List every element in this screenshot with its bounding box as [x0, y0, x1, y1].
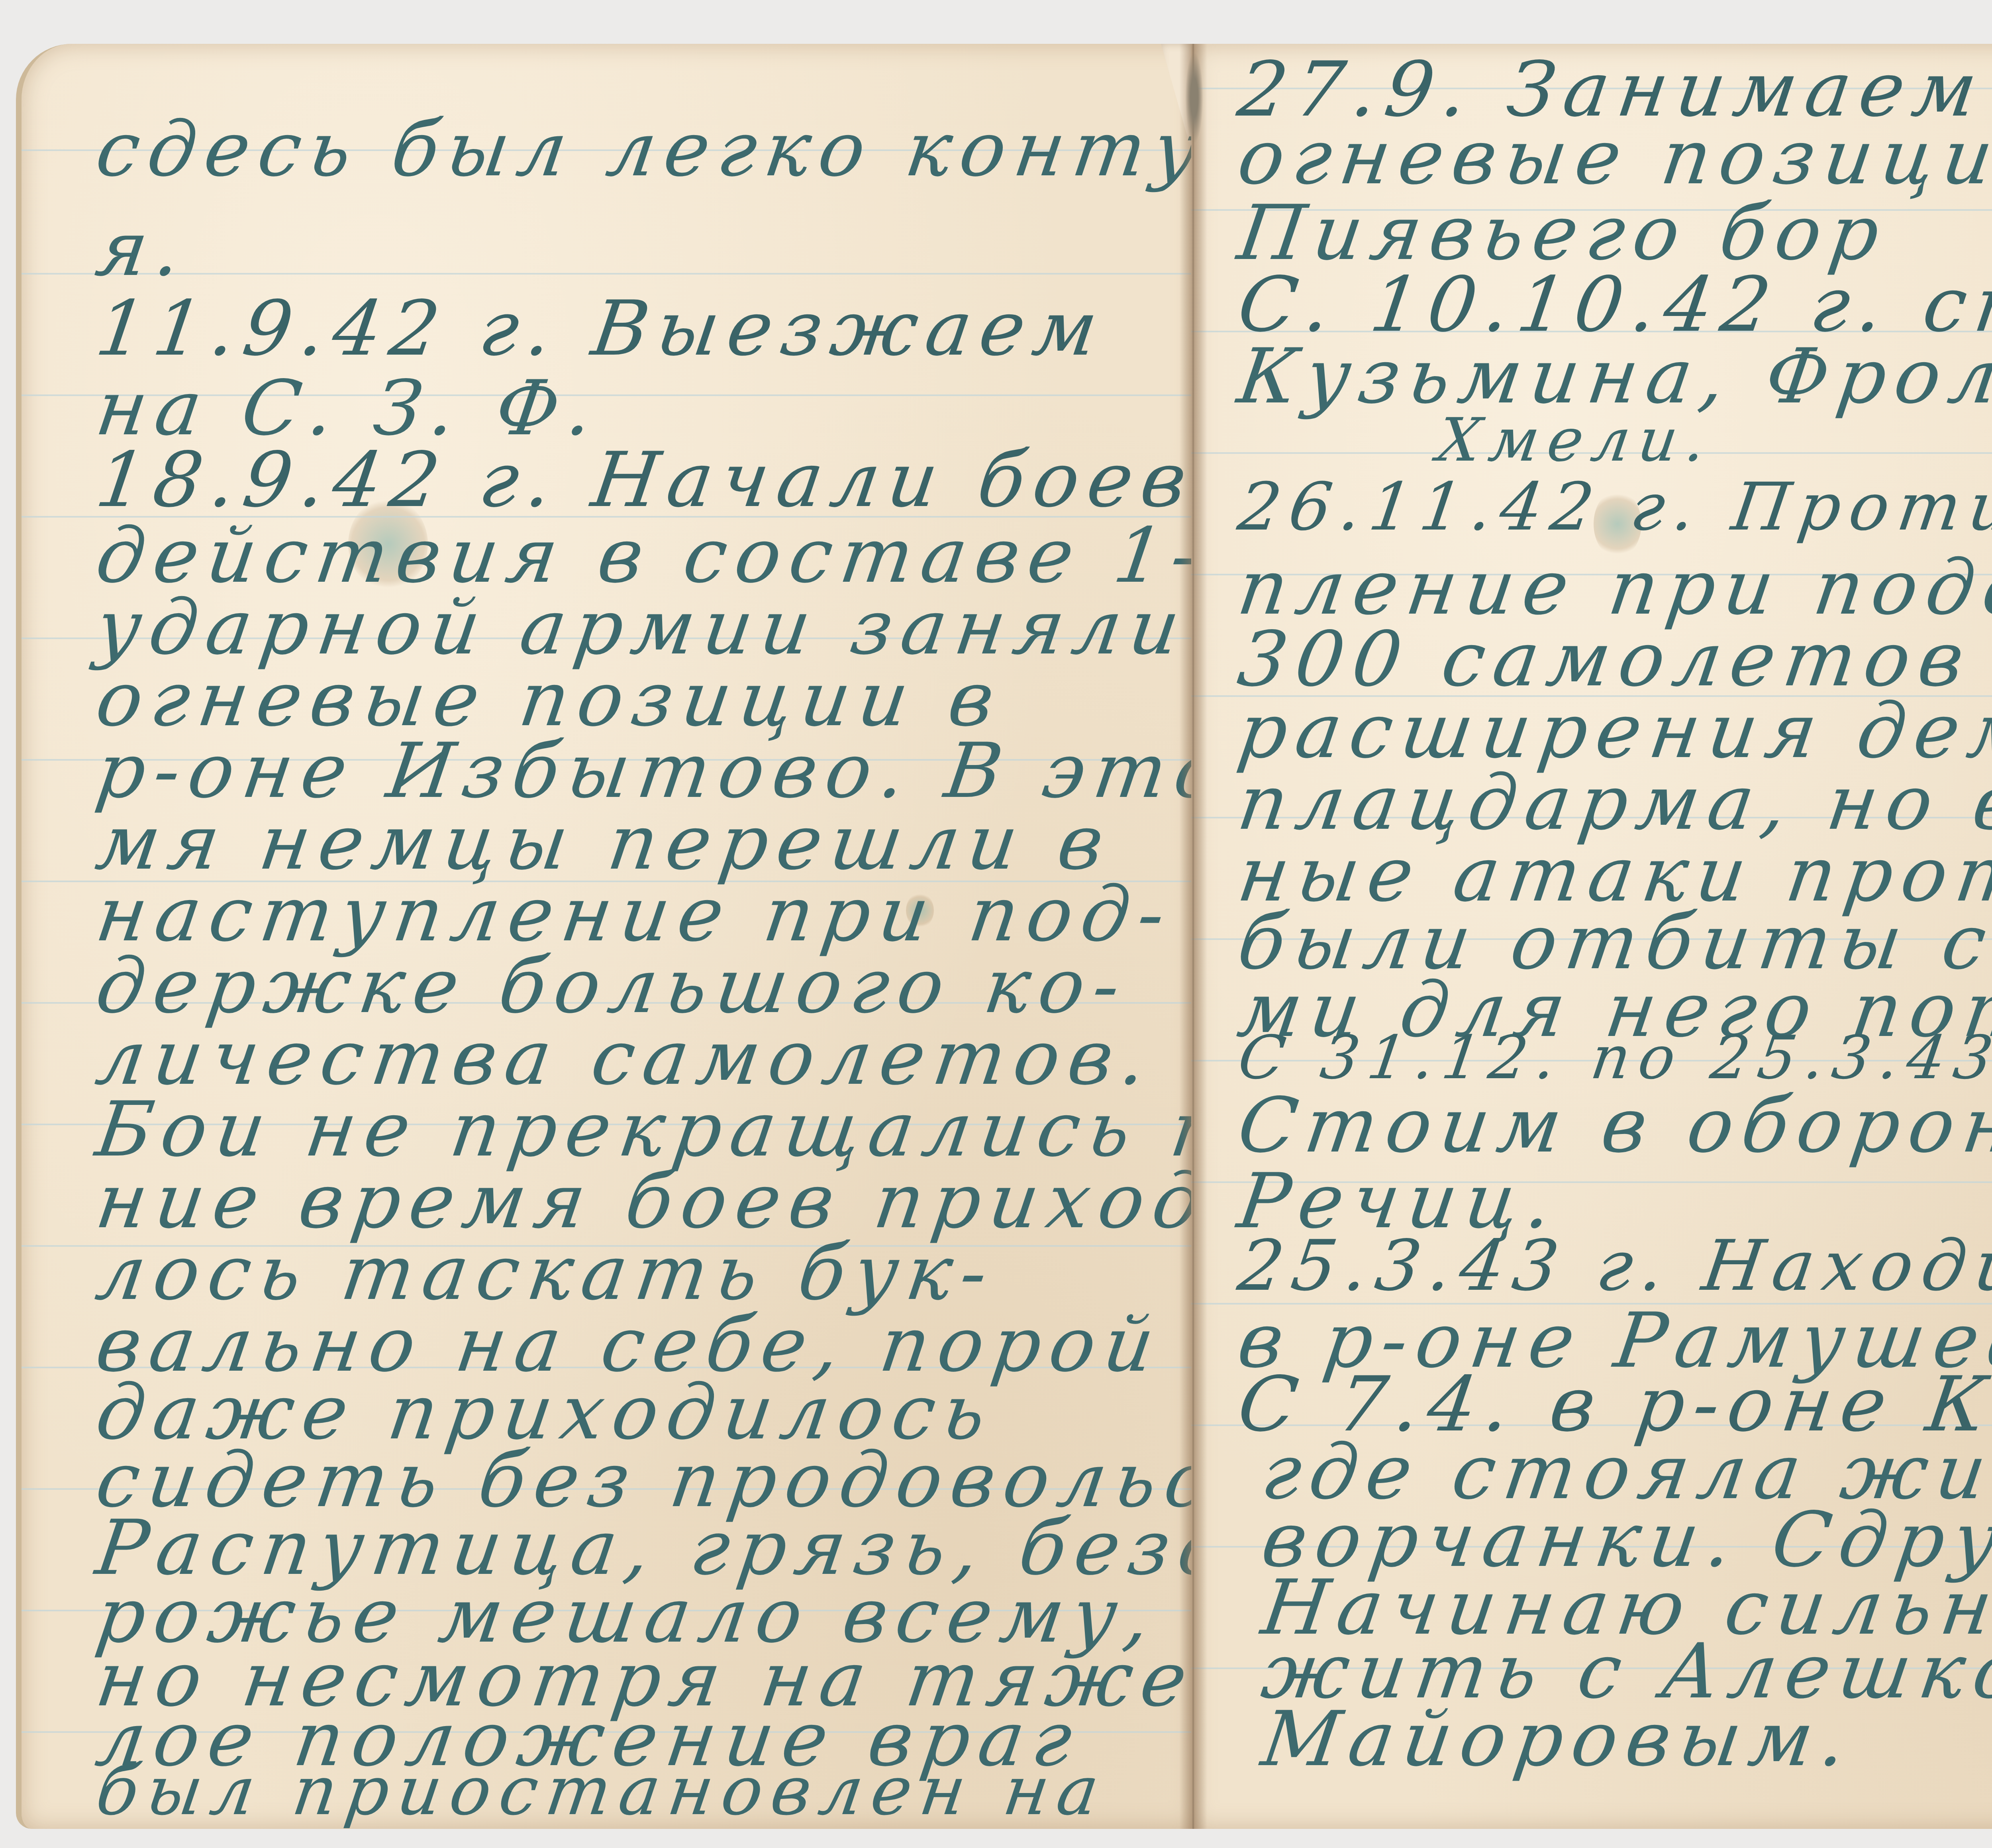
diary-line: был приостановлен на — [92, 1757, 1112, 1825]
diary-line: 300 самолетов с целью — [1234, 622, 1992, 697]
ruling-line — [22, 273, 1197, 275]
diary-entry-date-line: С. 10.10.42 г. стоим в обороне — [1234, 267, 1992, 343]
diary-line: Майоровым. — [1258, 1701, 1860, 1777]
diary-entry-date-line: 25.3.43 г. Находимся в обороне — [1234, 1231, 1992, 1301]
diary-line: я. — [92, 211, 194, 287]
notebook-binding-gutter — [1179, 44, 1207, 1829]
diary-entry-date-line: С 31.12. по 25.3.43 года — [1235, 1028, 1992, 1088]
diary-line: личества самолетов. — [92, 1020, 1160, 1096]
diary-line: плацдарма, но все ярост- — [1234, 765, 1992, 841]
binding-thread — [1185, 52, 1203, 143]
diary-line: действия в составе 1-ой — [92, 518, 1323, 594]
diary-line: огневые позиции в — [92, 661, 1008, 737]
diary-line: Кузьмина, Фролино. — [1234, 339, 1992, 414]
diary-line: мя немцы перешли в — [92, 805, 1117, 881]
diary-line: огневые позиции в р-оне — [1234, 120, 1992, 195]
diary-entry-date-line: 11.9.42 г. Выезжаем — [92, 291, 1111, 367]
diary-line: Пиявьего бор — [1234, 195, 1893, 271]
diary-line: ние время боев приходи- — [92, 1163, 1307, 1239]
diary-line: Хмели. — [1434, 410, 1718, 470]
diary-line: на С. З. Ф. — [92, 371, 606, 446]
diary-line: Стоим в обороне в р-оне — [1234, 1088, 1992, 1163]
open-notebook: сдесь был легко контужен я. 11.9.42 г. В… — [16, 44, 1992, 1829]
diary-line: пление при поддержке — [1234, 550, 1992, 626]
diary-line: держке большого ко- — [92, 948, 1133, 1024]
diary-line: наступление при под- — [92, 877, 1178, 952]
right-page: 27.9. Занимаем новые огневые позиции в р… — [1191, 44, 1992, 1829]
diary-line: расширения демьянского — [1234, 693, 1992, 769]
diary-entry-date-line: 26.11.42 г. Противник начал насту- — [1234, 474, 1992, 540]
diary-line: ударной армии заняли — [92, 590, 1193, 665]
left-page: сдесь был легко контужен я. 11.9.42 г. В… — [16, 44, 1197, 1829]
diary-line: лось таскать бук- — [92, 1235, 1001, 1311]
diary-entry-date-line: 18.9.42 г. Начали боевые — [92, 442, 1324, 518]
